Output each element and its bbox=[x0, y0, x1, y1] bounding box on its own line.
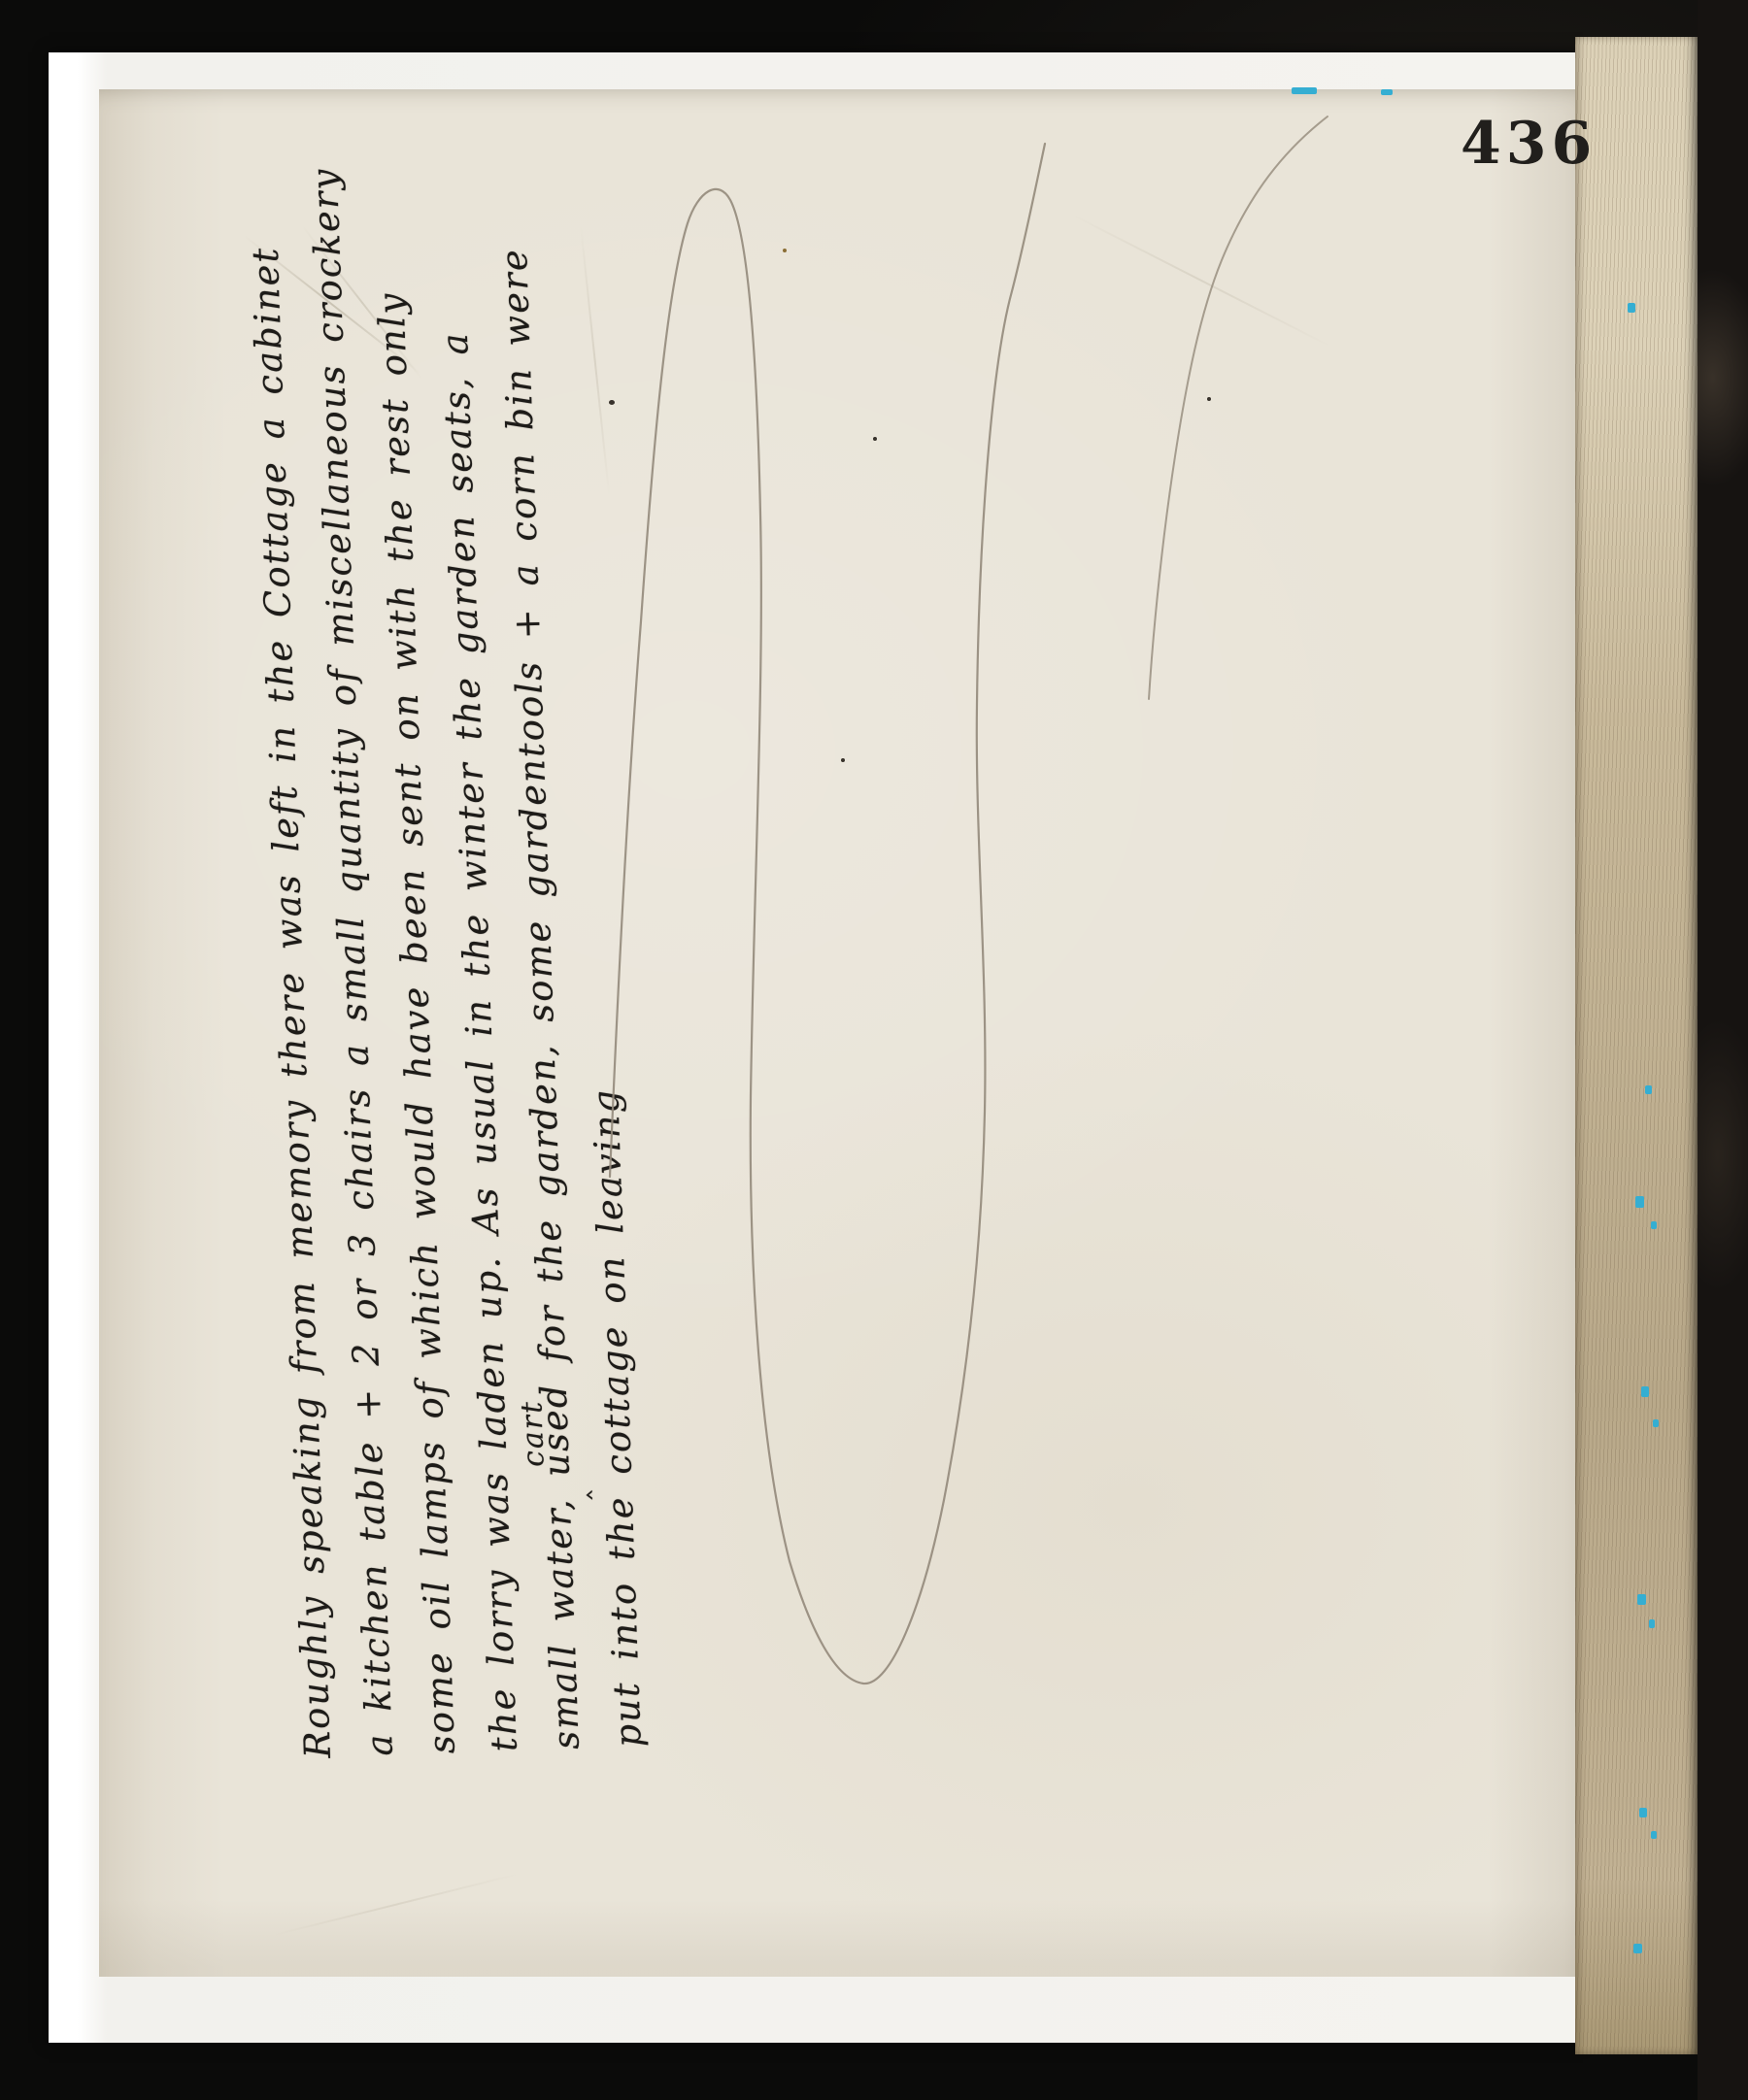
handwriting-insertion-cart: cart bbox=[518, 1399, 549, 1467]
blue-mark bbox=[1645, 1085, 1652, 1094]
blue-mark bbox=[1381, 89, 1393, 95]
blue-mark bbox=[1651, 1831, 1657, 1839]
blue-mark bbox=[1292, 87, 1317, 94]
blue-mark bbox=[1653, 1419, 1659, 1427]
blue-mark bbox=[1637, 1594, 1646, 1605]
ink-fleck bbox=[783, 249, 787, 252]
blue-mark bbox=[1639, 1808, 1647, 1817]
ink-fleck bbox=[841, 758, 845, 762]
page-edge-stack bbox=[1575, 37, 1698, 2054]
insertion-caret-mark: ‸ bbox=[561, 1488, 590, 1501]
ink-fleck bbox=[1207, 397, 1211, 401]
ink-fleck bbox=[609, 400, 615, 405]
handwriting-block: Roughly speaking from memory there was l… bbox=[230, 96, 672, 1759]
blue-mark bbox=[1633, 1944, 1642, 1953]
page-number: 436 bbox=[1461, 113, 1597, 175]
blue-mark bbox=[1641, 1386, 1649, 1397]
ink-fleck bbox=[873, 437, 877, 441]
paper-crease bbox=[274, 1873, 520, 1936]
blue-mark bbox=[1628, 303, 1635, 313]
blue-mark bbox=[1635, 1196, 1644, 1208]
book-cover bbox=[1698, 0, 1748, 2100]
scanned-book-photo: 436 Roughly speaking from memory there w… bbox=[0, 0, 1748, 2100]
blue-mark bbox=[1651, 1221, 1657, 1229]
paper-crease bbox=[1071, 214, 1331, 348]
blue-mark bbox=[1649, 1619, 1655, 1628]
